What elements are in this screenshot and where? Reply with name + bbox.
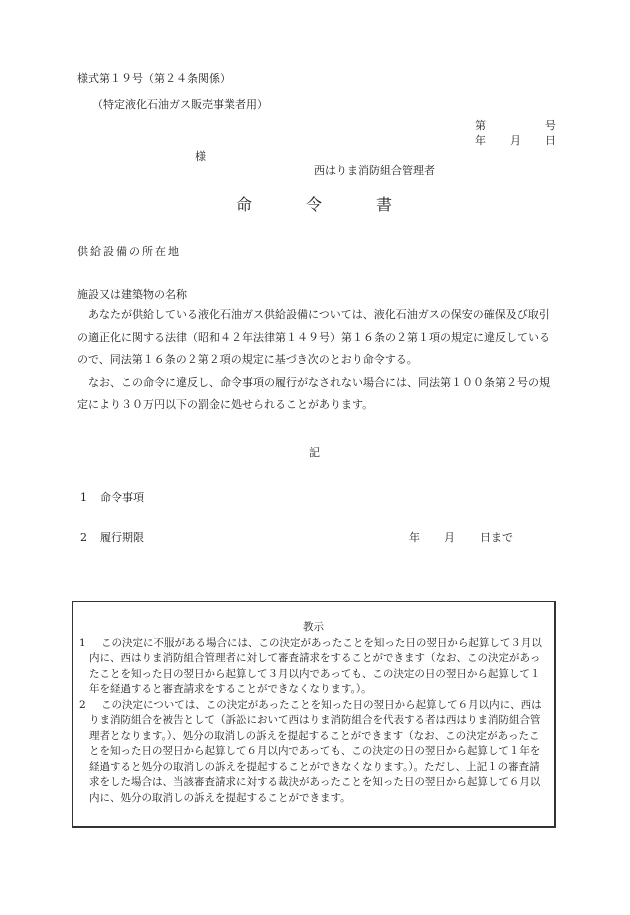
title-char-3: 書 — [376, 198, 392, 212]
date-day: 日 — [545, 134, 556, 148]
doc-no-prefix: 第 — [475, 119, 486, 132]
title-char-1: 命 — [236, 198, 252, 212]
record-heading: 記 — [309, 446, 320, 460]
deadline-date: 年 月 日まで — [409, 531, 529, 545]
order-paragraph-2: なお、この命令に違反し、命令事項の履行がなされない場合には、同法第１００条第２号… — [77, 372, 557, 417]
document-number: 第 号 — [475, 119, 557, 133]
notice-item-text: この決定については、この決定があったことを知った日の翌日から起算して６月以内に、… — [89, 698, 548, 807]
date-month: 月 — [510, 134, 521, 148]
order-paragraph-1: あなたが供給している液化石油ガス供給設備については、液化石油ガスの保安の確保及び… — [77, 304, 557, 372]
item-1-number: 1 — [80, 491, 87, 504]
notice-item: 2 この決定については、この決定があったことを知った日の翌日から起算して６月以内… — [79, 698, 548, 807]
date-year: 年 — [475, 134, 486, 147]
title-char-2: 令 — [306, 198, 322, 212]
facility-label: 施設又は建築物の名称 — [77, 288, 187, 302]
page-title: 命 令 書 — [0, 198, 630, 218]
item-1-label: 命令事項 — [100, 491, 144, 505]
record-item-2: 2 履行期限 — [80, 531, 87, 545]
deadline-month: 月 — [444, 531, 455, 545]
document-date: 年 月 日 — [475, 134, 557, 148]
form-usage: （特定液化石油ガス販売事業者用） — [92, 98, 268, 112]
deadline-year: 年 — [409, 531, 420, 544]
notice-box: 教示 1 この決定に不服がある場合には、この決定があったことを知った日の翌日から… — [72, 601, 556, 828]
addressee-suffix: 様 — [195, 150, 206, 164]
location-label: 供給設備の所在地 — [77, 245, 181, 259]
item-2-number: 2 — [80, 531, 87, 544]
notice-content: 教示 1 この決定に不服がある場合には、この決定があったことを知った日の翌日から… — [79, 620, 548, 806]
form-number: 様式第１９号（第２４条関係） — [77, 72, 231, 86]
notice-item-text: この決定に不服がある場合には、この決定があったことを知った日の翌日から起算して３… — [89, 636, 548, 698]
doc-no-suffix: 号 — [545, 119, 556, 133]
order-body: あなたが供給している液化石油ガス供給設備については、液化石油ガスの保安の確保及び… — [77, 304, 557, 417]
deadline-day: 日まで — [480, 531, 513, 545]
item-2-label: 履行期限 — [100, 531, 144, 545]
record-item-1: 1 命令事項 — [80, 491, 87, 505]
issuer-name: 西はりま消防組合管理者 — [314, 164, 435, 178]
notice-item: 1 この決定に不服がある場合には、この決定があったことを知った日の翌日から起算し… — [79, 636, 548, 698]
notice-title: 教示 — [79, 620, 548, 636]
